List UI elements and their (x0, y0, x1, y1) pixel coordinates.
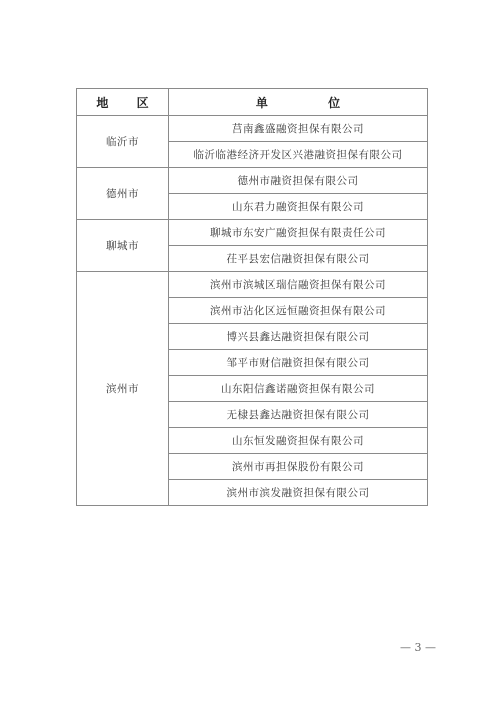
unit-cell: 聊城市东安广融资担保有限责任公司 (169, 220, 428, 246)
table-row: 滨州市 滨州市滨城区瑞信融资担保有限公司 (77, 272, 428, 298)
region-cell: 聊城市 (77, 220, 169, 272)
unit-cell: 滨州市沾化区远恒融资担保有限公司 (169, 298, 428, 324)
unit-cell: 茌平县宏信融资担保有限公司 (169, 246, 428, 272)
unit-cell: 滨州市滨城区瑞信融资担保有限公司 (169, 272, 428, 298)
unit-cell: 滨州市滨发融资担保有限公司 (169, 480, 428, 506)
table-row: 临沂市 莒南鑫盛融资担保有限公司 (77, 116, 428, 142)
page-number: — 3 — (400, 641, 436, 654)
unit-cell: 德州市融资担保有限公司 (169, 168, 428, 194)
table-row: 聊城市 聊城市东安广融资担保有限责任公司 (77, 220, 428, 246)
unit-cell: 莒南鑫盛融资担保有限公司 (169, 116, 428, 142)
header-unit: 单 位 (169, 89, 428, 116)
unit-cell: 博兴县鑫达融资担保有限公司 (169, 324, 428, 350)
guarantee-company-table: 地 区 单 位 临沂市 莒南鑫盛融资担保有限公司 临沂临港经济开发区兴港融资担保… (76, 88, 428, 506)
header-region: 地 区 (77, 89, 169, 116)
unit-cell: 山东阳信鑫诺融资担保有限公司 (169, 376, 428, 402)
unit-cell: 滨州市再担保股份有限公司 (169, 454, 428, 480)
region-cell: 德州市 (77, 168, 169, 220)
unit-cell: 邹平市财信融资担保有限公司 (169, 350, 428, 376)
table-header-row: 地 区 单 位 (77, 89, 428, 116)
unit-cell: 山东君力融资担保有限公司 (169, 194, 428, 220)
table-row: 德州市 德州市融资担保有限公司 (77, 168, 428, 194)
region-cell: 临沂市 (77, 116, 169, 168)
document-page: 地 区 单 位 临沂市 莒南鑫盛融资担保有限公司 临沂临港经济开发区兴港融资担保… (0, 0, 499, 706)
region-cell: 滨州市 (77, 272, 169, 506)
unit-cell: 无棣县鑫达融资担保有限公司 (169, 402, 428, 428)
unit-cell: 临沂临港经济开发区兴港融资担保有限公司 (169, 142, 428, 168)
unit-cell: 山东恒发融资担保有限公司 (169, 428, 428, 454)
